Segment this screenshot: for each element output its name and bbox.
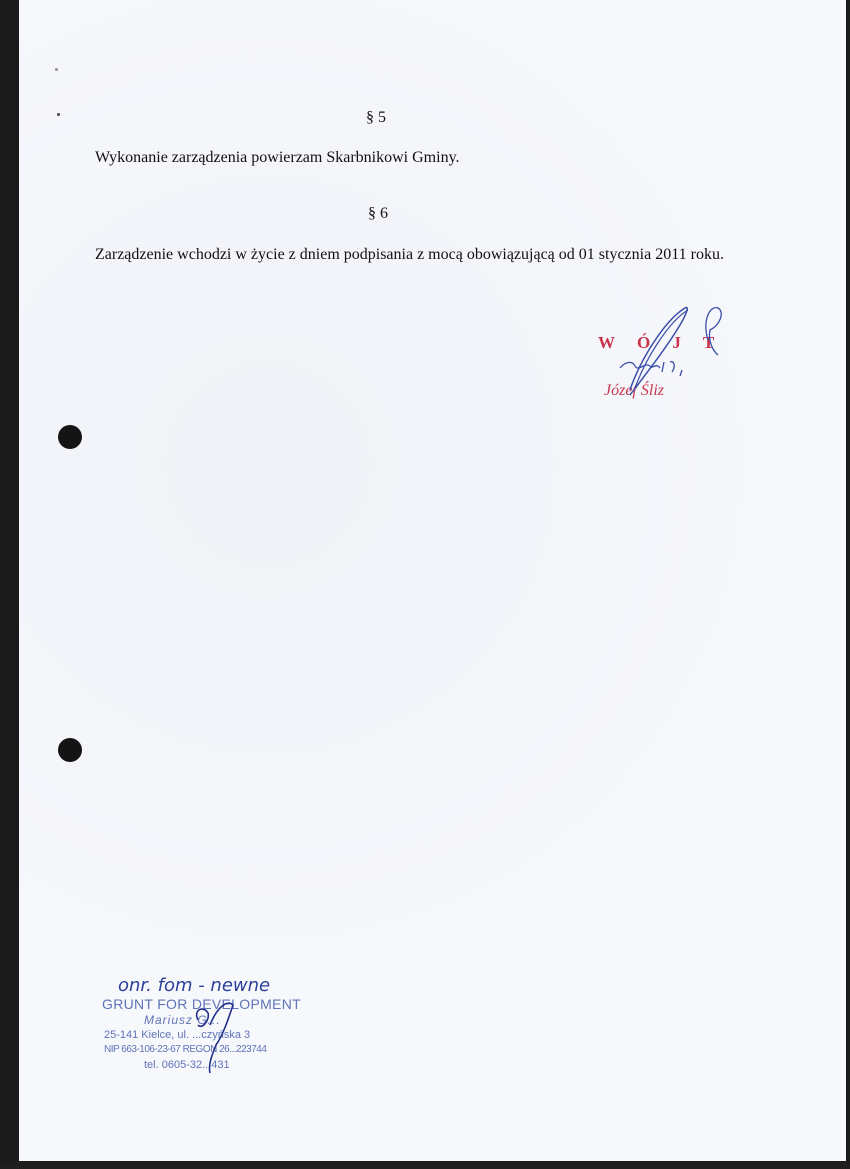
section-6-text: Zarządzenie wchodzi w życie z dniem podp… bbox=[95, 246, 724, 264]
scan-speck bbox=[57, 113, 60, 116]
wojt-stamp: W Ó J T Józef Śliz bbox=[590, 300, 730, 410]
scan-speck bbox=[55, 68, 58, 71]
punch-hole bbox=[58, 425, 82, 449]
section-5-text: Wykonanie zarządzenia powierzam Skarbnik… bbox=[95, 149, 460, 167]
punch-hole bbox=[58, 738, 82, 762]
signature-icon bbox=[590, 300, 730, 410]
company-stamp: GRUNT FOR DEVELOPMENT Mariusz G... 25-14… bbox=[98, 975, 308, 1075]
section-6-mark: § 6 bbox=[348, 205, 408, 223]
scan-edge bbox=[0, 1161, 850, 1169]
signature-icon bbox=[98, 975, 308, 1075]
section-5-mark: § 5 bbox=[346, 109, 406, 127]
document-page: § 5 Wykonanie zarządzenia powierzam Skar… bbox=[19, 0, 846, 1162]
